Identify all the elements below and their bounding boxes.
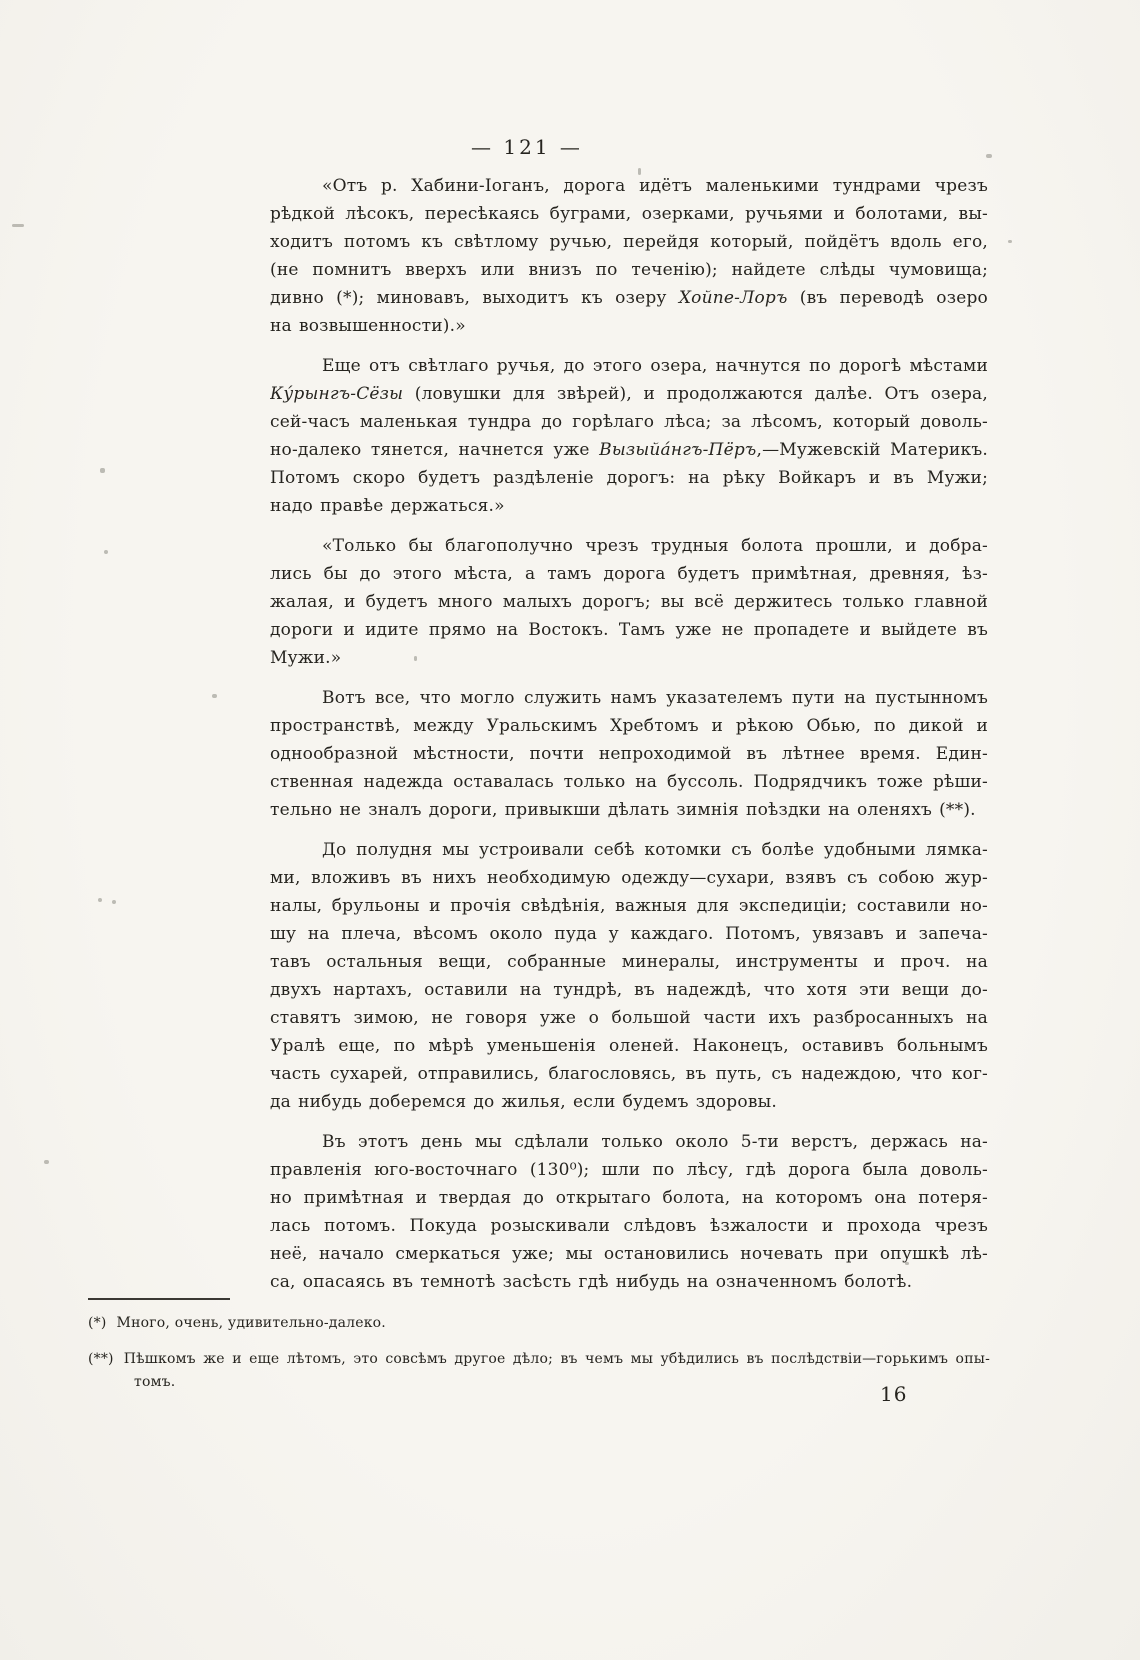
text-line: «Отъ р. Хабини-Іоганъ, дорога идётъ мале…	[270, 172, 988, 200]
scan-speck	[638, 168, 641, 175]
text-line: До полудня мы устроивали себѣ котомки съ…	[270, 836, 988, 864]
text-line: дивно (*); миновавъ, выходитъ къ озеру Х…	[270, 284, 988, 312]
scanned-page: — 121 — «Отъ р. Хабини-Іоганъ, дорога ид…	[0, 0, 1140, 1660]
text-line: Потомъ скоро будетъ раздѣленіе дорогъ: н…	[270, 464, 988, 492]
text-line: «Только бы благополучно чрезъ трудныя бо…	[270, 532, 988, 560]
body-text: «Отъ р. Хабини-Іоганъ, дорога идётъ мале…	[270, 172, 988, 1296]
text-line: ходитъ потомъ къ свѣтлому ручью, перейдя…	[270, 228, 988, 256]
text-line: неё, начало смеркаться уже; мы остановил…	[270, 1240, 988, 1268]
text-line: но-далеко тянется, начнется уже Вызыйа́н…	[270, 436, 988, 464]
text-line: рѣдкой лѣсокъ, пересѣкаясь буграми, озер…	[270, 200, 988, 228]
paragraph: Въ этотъ день мы сдѣлали только около 5-…	[270, 1128, 988, 1296]
scan-speck	[986, 154, 992, 158]
scan-speck	[905, 1262, 909, 1265]
paragraph: «Отъ р. Хабини-Іоганъ, дорога идётъ мале…	[270, 172, 988, 340]
footnotes-section: (*)Много, очень, удивительно-далеко.(**)…	[88, 1298, 990, 1407]
footnote-list: (*)Много, очень, удивительно-далеко.(**)…	[88, 1312, 990, 1394]
scan-speck	[44, 1160, 49, 1164]
text-line: правленія юго-восточнаго (130⁰); шли по …	[270, 1156, 988, 1184]
text-line: но примѣтная и твердая до открытаго боло…	[270, 1184, 988, 1212]
text-line: двухъ нартахъ, оставили на тундрѣ, въ на…	[270, 976, 988, 1004]
footnote-line: (*)Много, очень, удивительно-далеко.	[88, 1312, 990, 1335]
text-line: тавъ остальныя вещи, собранные минералы,…	[270, 948, 988, 976]
paragraph: До полудня мы устроивали себѣ котомки съ…	[270, 836, 988, 1116]
text-line: ственная надежда оставалась только на бу…	[270, 768, 988, 796]
text-line: часть сухарей, отправились, благословясь…	[270, 1060, 988, 1088]
text-line: сей-часъ маленькая тундра до горѣлаго лѣ…	[270, 408, 988, 436]
text-line: жалая, и будетъ много малыхъ дорогъ; вы …	[270, 588, 988, 616]
text-line: дороги и идите прямо на Востокъ. Тамъ уж…	[270, 616, 988, 644]
text-line: пространствѣ, между Уральскимъ Хребтомъ …	[270, 712, 988, 740]
text-line: Въ этотъ день мы сдѣлали только около 5-…	[270, 1128, 988, 1156]
paragraph: Еще отъ свѣтлаго ручья, до этого озера, …	[270, 352, 988, 520]
text-line: Уралѣ еще, по мѣрѣ уменьшенія оленей. На…	[270, 1032, 988, 1060]
page-number-header: — 121 —	[168, 134, 886, 160]
scan-speck	[212, 694, 217, 698]
footnote: (**)Пѣшкомъ же и еще лѣтомъ, это совсѣмъ…	[88, 1348, 990, 1394]
signature-number: 16	[880, 1382, 907, 1406]
text-line: на возвышенности).»	[270, 312, 988, 340]
scan-speck	[100, 468, 105, 473]
text-line: ми, вложивъ въ нихъ необходимую одежду—с…	[270, 864, 988, 892]
text-column: — 121 — «Отъ р. Хабини-Іоганъ, дорога ид…	[270, 134, 988, 1296]
text-line: Еще отъ свѣтлаго ручья, до этого озера, …	[270, 352, 988, 380]
scan-speck	[1008, 240, 1012, 243]
text-line: да нибудь доберемся до жилья, если будем…	[270, 1088, 988, 1116]
paragraph: «Только бы благополучно чрезъ трудныя бо…	[270, 532, 988, 672]
text-line: Мужи.»	[270, 644, 988, 672]
text-line: лась потомъ. Покуда розыскивали слѣдовъ …	[270, 1212, 988, 1240]
text-line: однообразной мѣстности, почти непроходим…	[270, 740, 988, 768]
scan-speck	[12, 224, 24, 227]
footnote-marker: (*)	[88, 1312, 107, 1335]
footnote: (*)Много, очень, удивительно-далеко.	[88, 1312, 990, 1335]
paragraph: Вотъ все, что могло служить намъ указате…	[270, 684, 988, 824]
text-line: лись бы до этого мѣста, а тамъ дорога бу…	[270, 560, 988, 588]
text-line: (не помнитъ вверхъ или внизъ по теченію)…	[270, 256, 988, 284]
footnote-line: (**)Пѣшкомъ же и еще лѣтомъ, это совсѣмъ…	[88, 1348, 990, 1371]
text-line: са, опасаясь въ темнотѣ засѣсть гдѣ нибу…	[270, 1268, 988, 1296]
footnote-marker: (**)	[88, 1348, 114, 1371]
text-line: Ку́рынгъ-Сёзы (ловушки для звѣрей), и пр…	[270, 380, 988, 408]
scan-speck	[414, 656, 417, 661]
footnote-separator-rule	[88, 1298, 230, 1300]
scan-speck	[104, 550, 108, 554]
scan-speck	[112, 900, 116, 904]
text-line: налы, брульоны и прочія свѣдѣнія, важныя…	[270, 892, 988, 920]
footnote-line: томъ.	[88, 1371, 990, 1394]
text-line: надо правѣе держаться.»	[270, 492, 988, 520]
text-line: ставятъ зимою, не говоря уже о большой ч…	[270, 1004, 988, 1032]
text-line: шу на плеча, вѣсомъ около пуда у каждаго…	[270, 920, 988, 948]
text-line: тельно не зналъ дороги, привыкши дѣлать …	[270, 796, 988, 824]
text-line: Вотъ все, что могло служить намъ указате…	[270, 684, 988, 712]
scan-speck	[98, 898, 102, 902]
